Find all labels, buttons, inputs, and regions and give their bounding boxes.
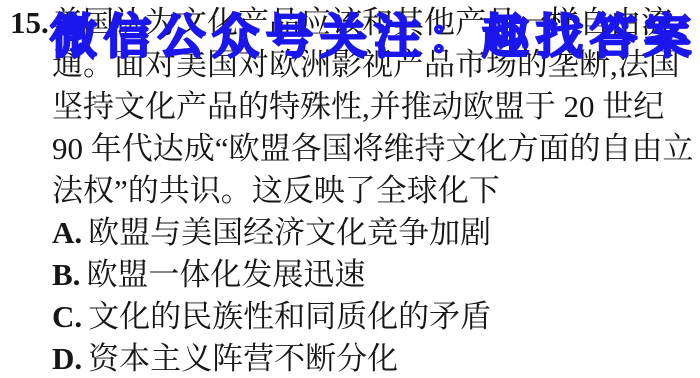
option-c-text: 文化的民族性和同质化的矛盾 — [88, 299, 491, 334]
question-line: 90 年代达成“欧盟各国将维持文化方面的自由立 — [52, 128, 700, 170]
option-a-text: 欧盟与美国经济文化竞争加剧 — [88, 215, 491, 250]
exam-page: 微信公众号关注：趣找答案 15. 美国认为文化产品应该和其他产品一样自由流 通。… — [0, 0, 700, 378]
option-b: B.欧盟一体化发展迅速 — [52, 254, 700, 296]
option-d: D.资本主义阵营不断分化 — [52, 338, 700, 378]
option-c-label: C. — [52, 299, 82, 334]
question-line: 通。面对美国对欧洲影视产品市场的垄断,法国 — [52, 44, 700, 86]
question-line: 美国认为文化产品应该和其他产品一样自由流 — [52, 2, 700, 44]
option-b-text: 欧盟一体化发展迅速 — [86, 257, 365, 292]
option-a-label: A. — [52, 215, 82, 250]
option-c: C.文化的民族性和同质化的矛盾 — [52, 296, 700, 338]
option-b-label: B. — [52, 257, 80, 292]
option-d-text: 资本主义阵营不断分化 — [88, 341, 398, 376]
question-line: 法权”的共识。这反映了全球化下 — [52, 170, 700, 212]
option-a: A.欧盟与美国经济文化竞争加剧 — [52, 212, 700, 254]
question-number: 15. — [10, 2, 49, 44]
question-content: 美国认为文化产品应该和其他产品一样自由流 通。面对美国对欧洲影视产品市场的垄断,… — [52, 2, 700, 378]
option-d-label: D. — [52, 341, 82, 376]
question-line: 坚持文化产品的特殊性,并推动欧盟于 20 世纪 — [52, 86, 700, 128]
